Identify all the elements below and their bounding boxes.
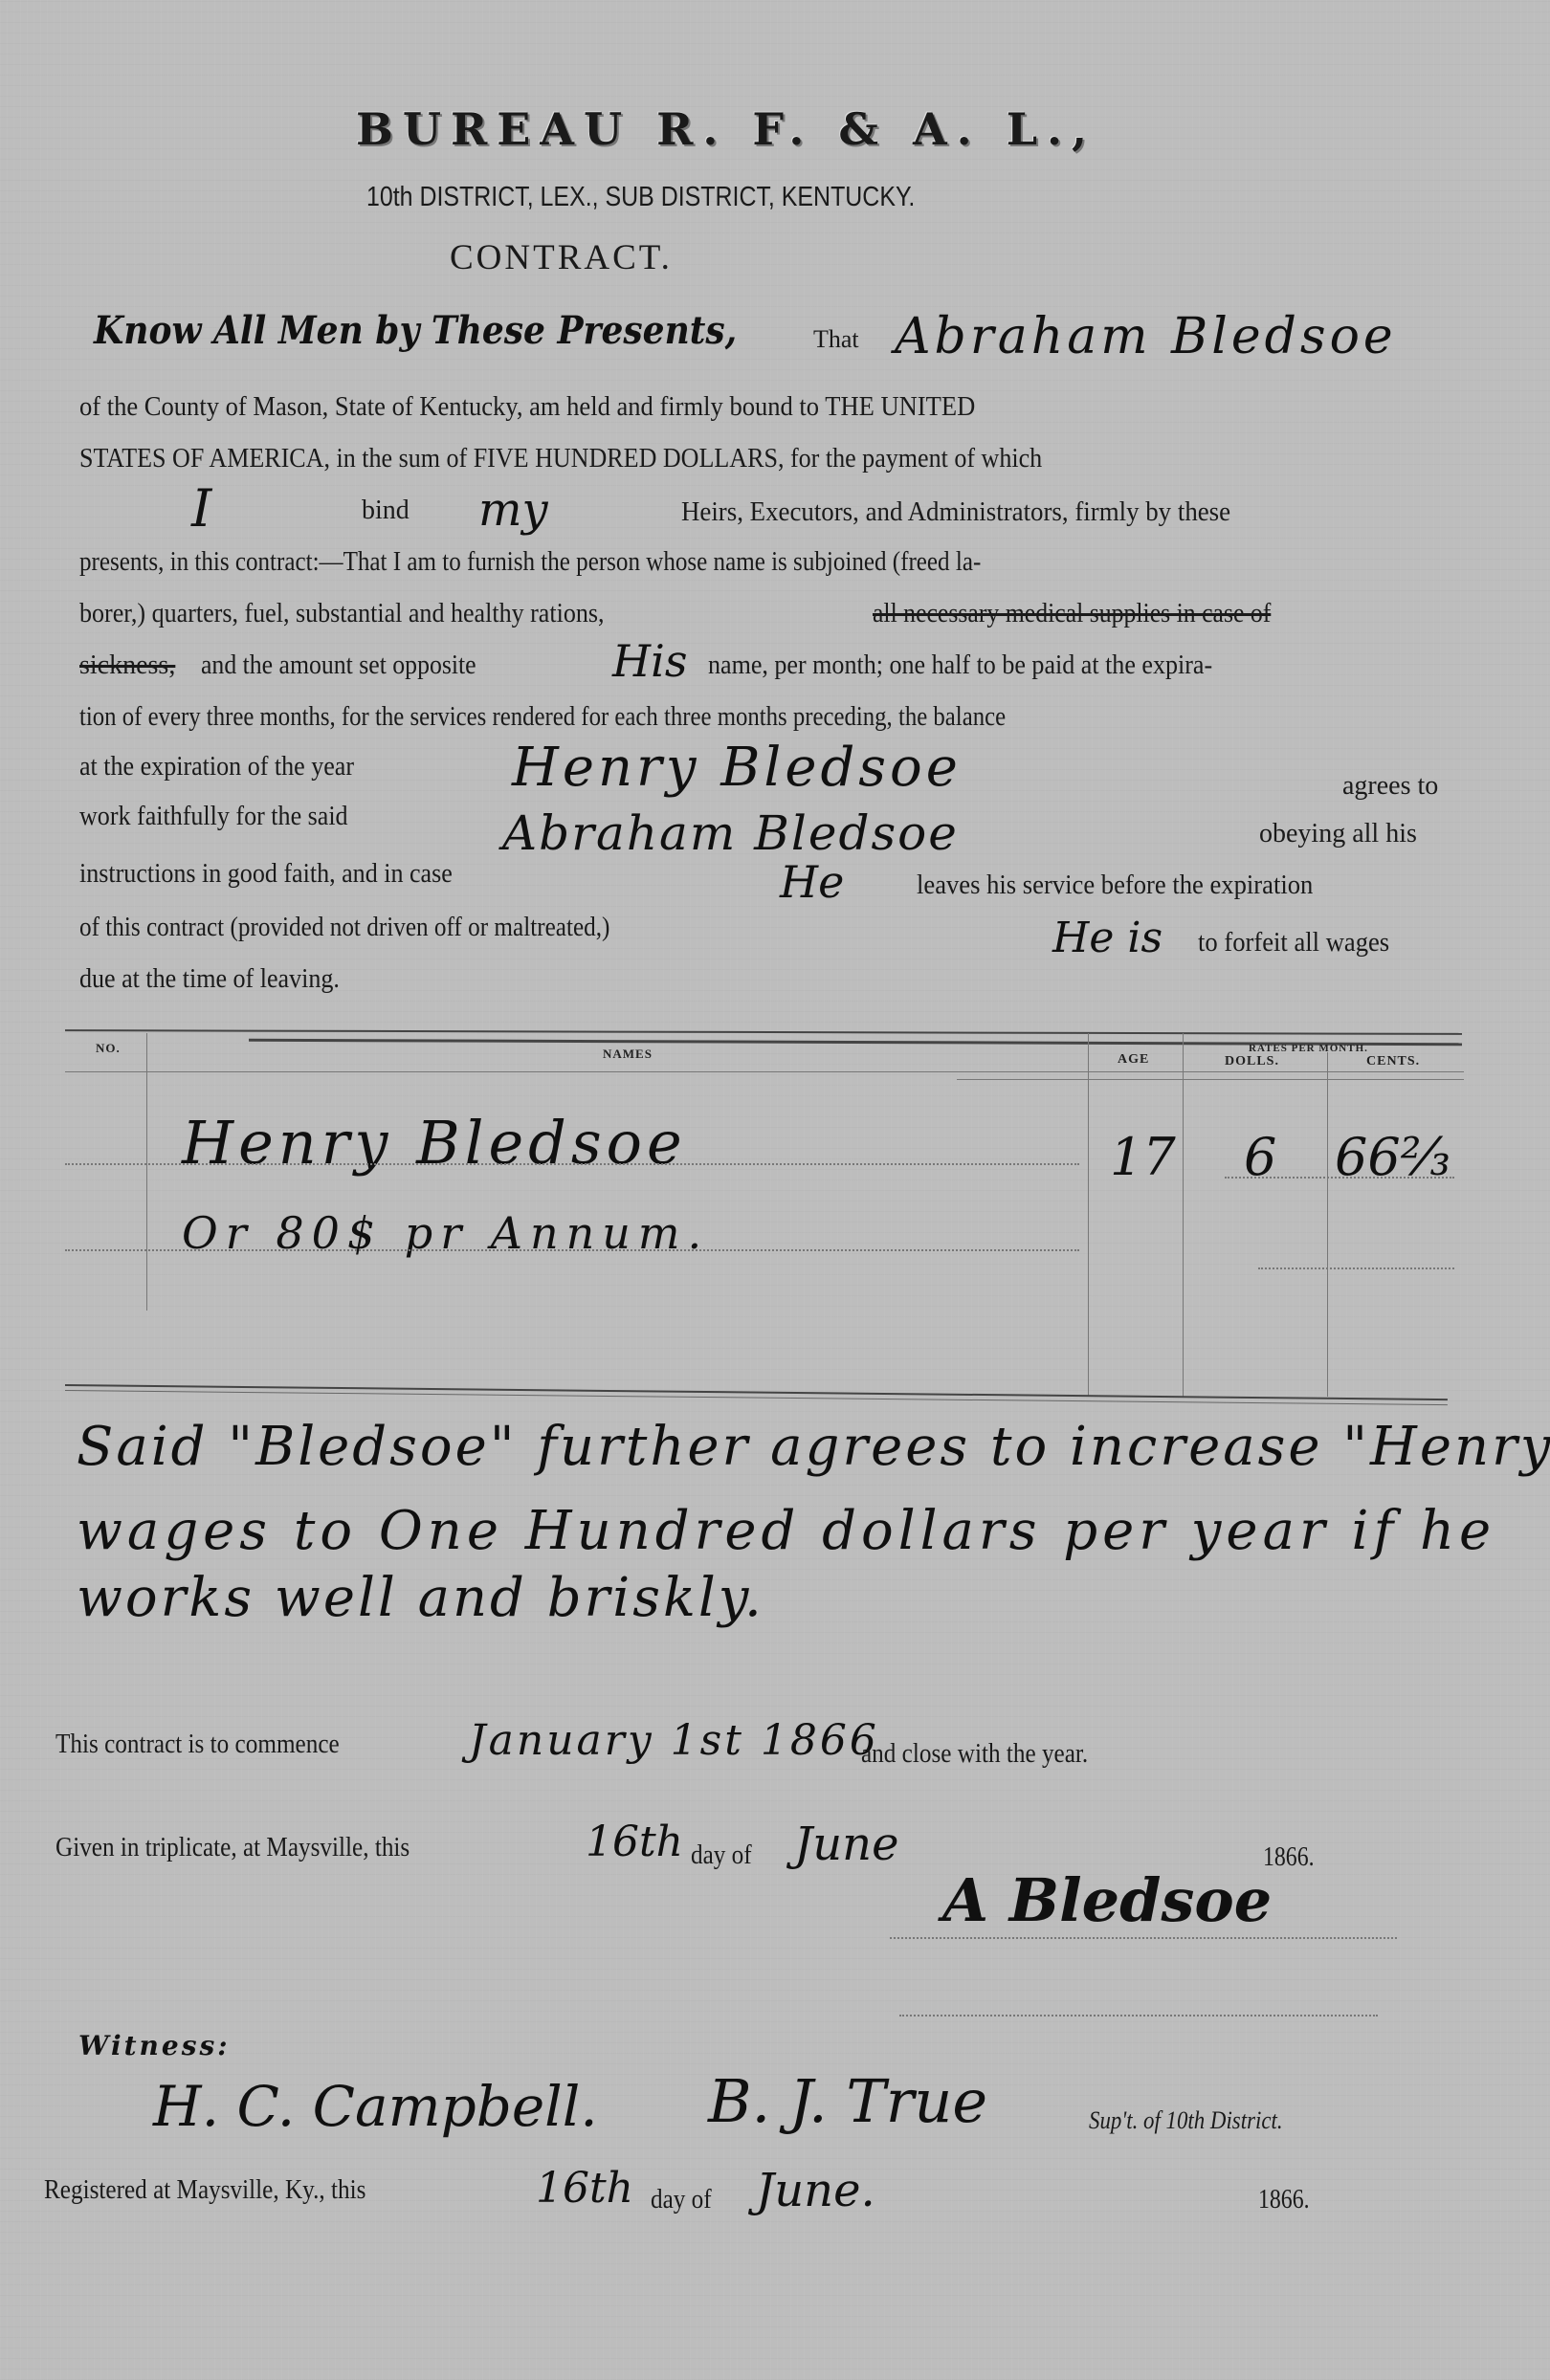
close-label: and close with the year. bbox=[861, 1739, 1088, 1770]
body-line-8: tion of every three months, for the serv… bbox=[79, 702, 1006, 733]
addendum-line-3: works well and briskly. bbox=[77, 1567, 764, 1629]
body-line-11b: leaves his service before the expiration bbox=[917, 870, 1313, 901]
body-line-4: Heirs, Executors, and Administrators, fi… bbox=[681, 497, 1230, 528]
row-laborer-name: Henry Bledsoe bbox=[182, 1108, 687, 1178]
his-handwritten: His bbox=[612, 635, 687, 687]
col-divider-cents bbox=[1327, 1052, 1328, 1397]
header-names: NAMES bbox=[603, 1047, 653, 1062]
given-month-handwritten: June bbox=[794, 1818, 898, 1871]
my-handwritten: my bbox=[478, 483, 548, 537]
addendum-line-1: Said "Bledsoe" further agrees to increas… bbox=[77, 1416, 1550, 1478]
body-line-10b: obeying all his bbox=[1259, 819, 1417, 849]
body-line-12a: of this contract (provided not driven of… bbox=[79, 913, 609, 943]
superintendent-signature: B. J. True bbox=[708, 2066, 987, 2136]
given-day-handwritten: 16th bbox=[586, 1818, 683, 1866]
he-handwritten: He bbox=[780, 856, 844, 908]
district-line: 10th DISTRICT, LEX., SUB DISTRICT, KENTU… bbox=[366, 182, 915, 213]
header-cents: CENTS. bbox=[1366, 1054, 1420, 1069]
struck-sickness: sickness, bbox=[79, 650, 175, 681]
body-line-10a: work faithfully for the said bbox=[79, 802, 348, 832]
body-line-3: STATES OF AMERICA, in the sum of FIVE HU… bbox=[79, 444, 1042, 474]
registered-label: Registered at Maysville, Ky., this bbox=[44, 2175, 365, 2206]
day-of-label: day of bbox=[691, 1840, 752, 1871]
employer-name-handwritten: Abraham Bledsoe bbox=[895, 308, 1397, 365]
header-age: AGE bbox=[1118, 1052, 1149, 1068]
employer-signature: A Bledsoe bbox=[942, 1865, 1272, 1935]
header-no: NO. bbox=[96, 1041, 121, 1056]
document-type-title: CONTRACT. bbox=[450, 237, 673, 278]
body-line-7b: name, per month; one half to be paid at … bbox=[708, 650, 1212, 681]
witness-signature: H. C. Campbell. bbox=[153, 2074, 598, 2139]
col-divider-no bbox=[146, 1033, 147, 1311]
row-age: 17 bbox=[1110, 1127, 1176, 1187]
col-divider-age bbox=[1088, 1033, 1089, 1397]
body-line-9b: agrees to bbox=[1342, 771, 1438, 802]
employer-name-2-handwritten: Abraham Bledsoe bbox=[502, 805, 959, 861]
commence-label: This contract is to commence bbox=[55, 1730, 340, 1760]
registered-day-of-label: day of bbox=[651, 2185, 712, 2215]
pronoun-handwritten: I bbox=[191, 478, 211, 539]
superintendent-title: Sup't. of 10th District. bbox=[1089, 2106, 1283, 2135]
commence-date-handwritten: January 1st 1866 bbox=[469, 1716, 879, 1765]
col-divider-dolls bbox=[1183, 1033, 1184, 1397]
body-line-7a: and the amount set opposite bbox=[201, 650, 476, 681]
body-line-2: of the County of Mason, State of Kentuck… bbox=[79, 392, 975, 423]
registered-month-handwritten: June. bbox=[756, 2164, 875, 2217]
he-is-handwritten: He is bbox=[1052, 914, 1162, 962]
header-dolls: DOLLS. bbox=[1225, 1054, 1279, 1069]
body-line-12b: to forfeit all wages bbox=[1198, 928, 1389, 959]
bureau-title: BUREAU R. F. & A. L., bbox=[356, 103, 1096, 155]
body-line-11a: instructions in good faith, and in case bbox=[79, 859, 453, 890]
laborer-name-handwritten: Henry Bledsoe bbox=[512, 737, 962, 799]
body-line-6: borer,) quarters, fuel, substantial and … bbox=[79, 599, 605, 629]
registered-year: 1866. bbox=[1258, 2185, 1310, 2215]
body-line-5: presents, in this contract:—That I am to… bbox=[79, 547, 981, 578]
witness-label: Witness: bbox=[78, 2030, 231, 2061]
body-line-9a: at the expiration of the year bbox=[79, 752, 354, 782]
that-label: That bbox=[813, 325, 859, 354]
registered-day-handwritten: 16th bbox=[536, 2164, 633, 2213]
given-label: Given in triplicate, at Maysville, this bbox=[55, 1833, 410, 1863]
struck-medical-clause: all necessary medical supplies in case o… bbox=[873, 599, 1271, 629]
bind-label: bind bbox=[362, 496, 410, 526]
body-line-13: due at the time of leaving. bbox=[79, 964, 340, 995]
opening-phrase: Know All Men by These Presents, bbox=[94, 308, 737, 353]
addendum-line-2: wages to One Hundred dollars per year if… bbox=[77, 1500, 1495, 1562]
header-rates-per-month: RATES PER MONTH. bbox=[1249, 1043, 1368, 1054]
